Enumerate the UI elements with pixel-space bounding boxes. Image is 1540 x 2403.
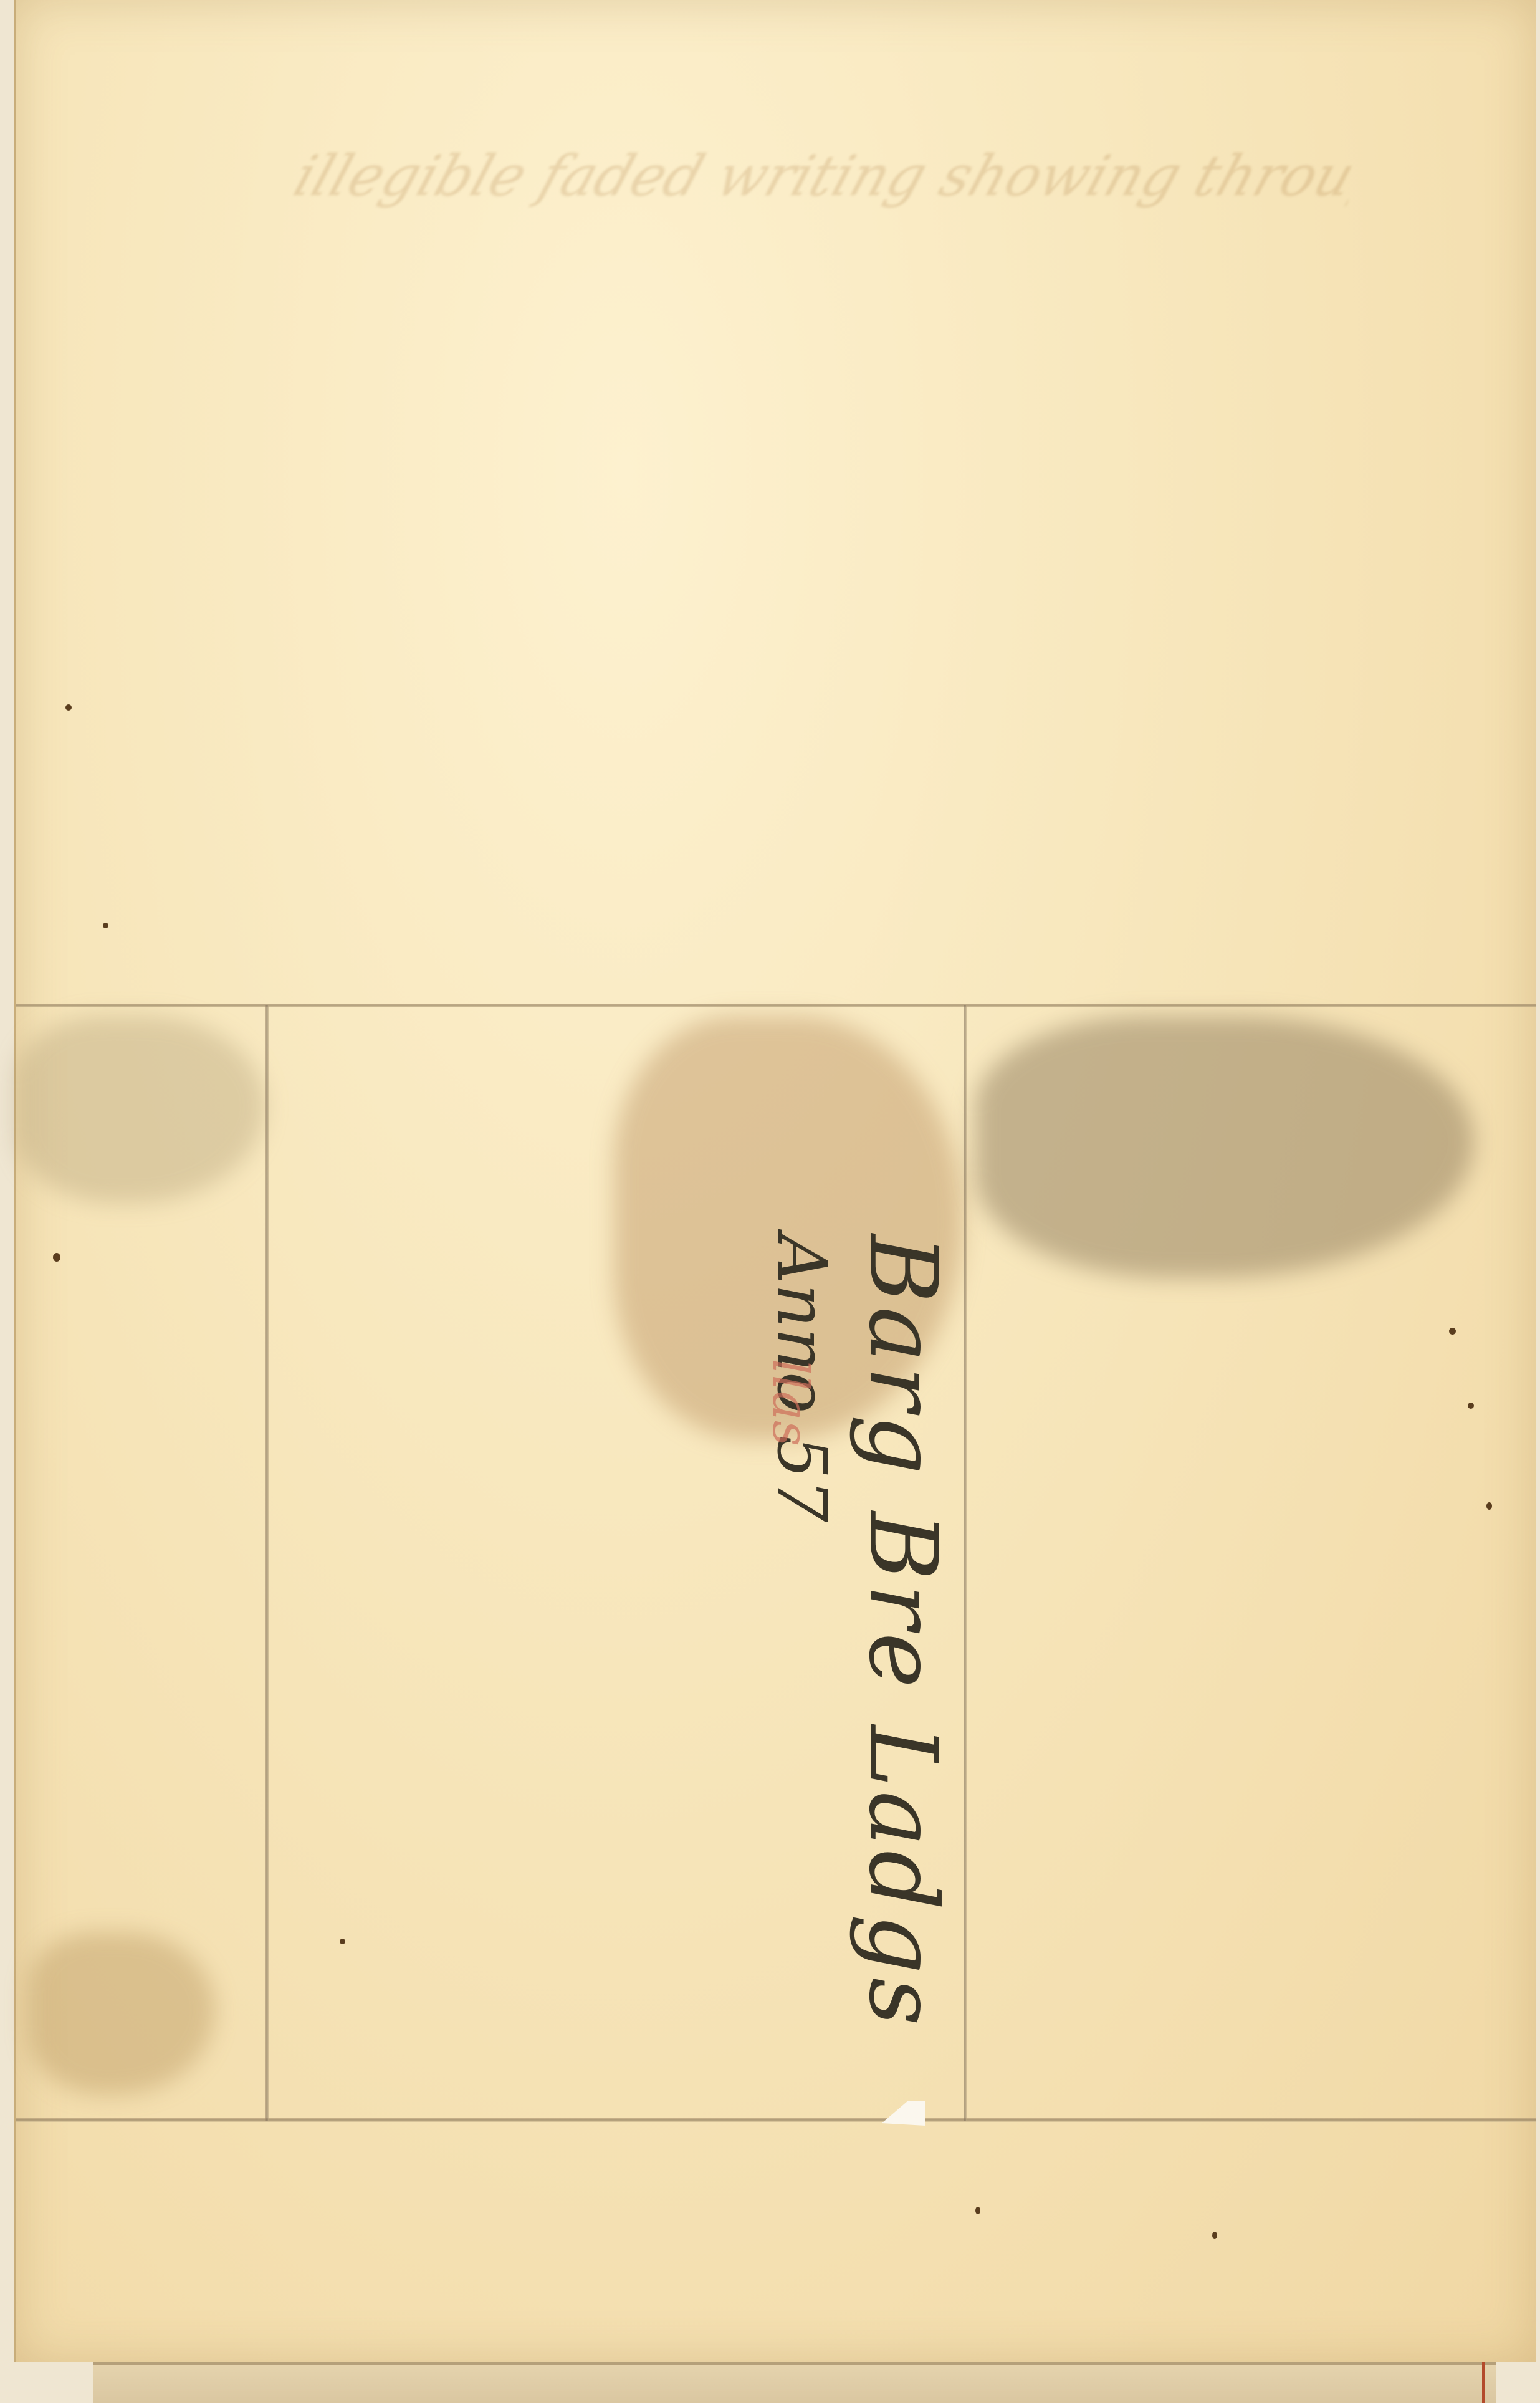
water-stain-bottom-left [28,1932,215,2094]
water-stain-left [16,1016,265,1203]
bleed-through-text: illegible faded writing showing through … [46,137,1369,947]
ink-speck [1449,1328,1456,1335]
endorsement-line-2: Anno 57 [762,1234,842,2013]
ink-speck [1212,2232,1217,2239]
ink-speck [53,1253,60,1262]
red-annotation: llas [762,1359,820,1446]
ink-speck [103,923,108,928]
ink-speck [1486,1502,1492,1510]
endorsement: Barg Bre Ladgs Anno 57 [762,1234,957,2013]
endorsement-line-1: Barg Bre Ladgs [848,1234,957,2013]
ink-speck [975,2207,980,2214]
fold-line-vertical-right [964,1005,967,2121]
water-stain-right [975,1016,1474,1278]
fold-line-horizontal-upper [16,1004,1536,1007]
fold-line-horizontal-lower [16,2118,1536,2122]
ink-speck [65,704,72,711]
underlying-page-edge [93,2362,1496,2403]
red-edge-mark [1482,2362,1485,2403]
paper-tear [882,2101,925,2126]
ink-speck [340,1939,345,1944]
fold-line-vertical-left [265,1005,269,2121]
ink-speck [1468,1403,1474,1409]
document-sheet: illegible faded writing showing through … [14,0,1536,2362]
